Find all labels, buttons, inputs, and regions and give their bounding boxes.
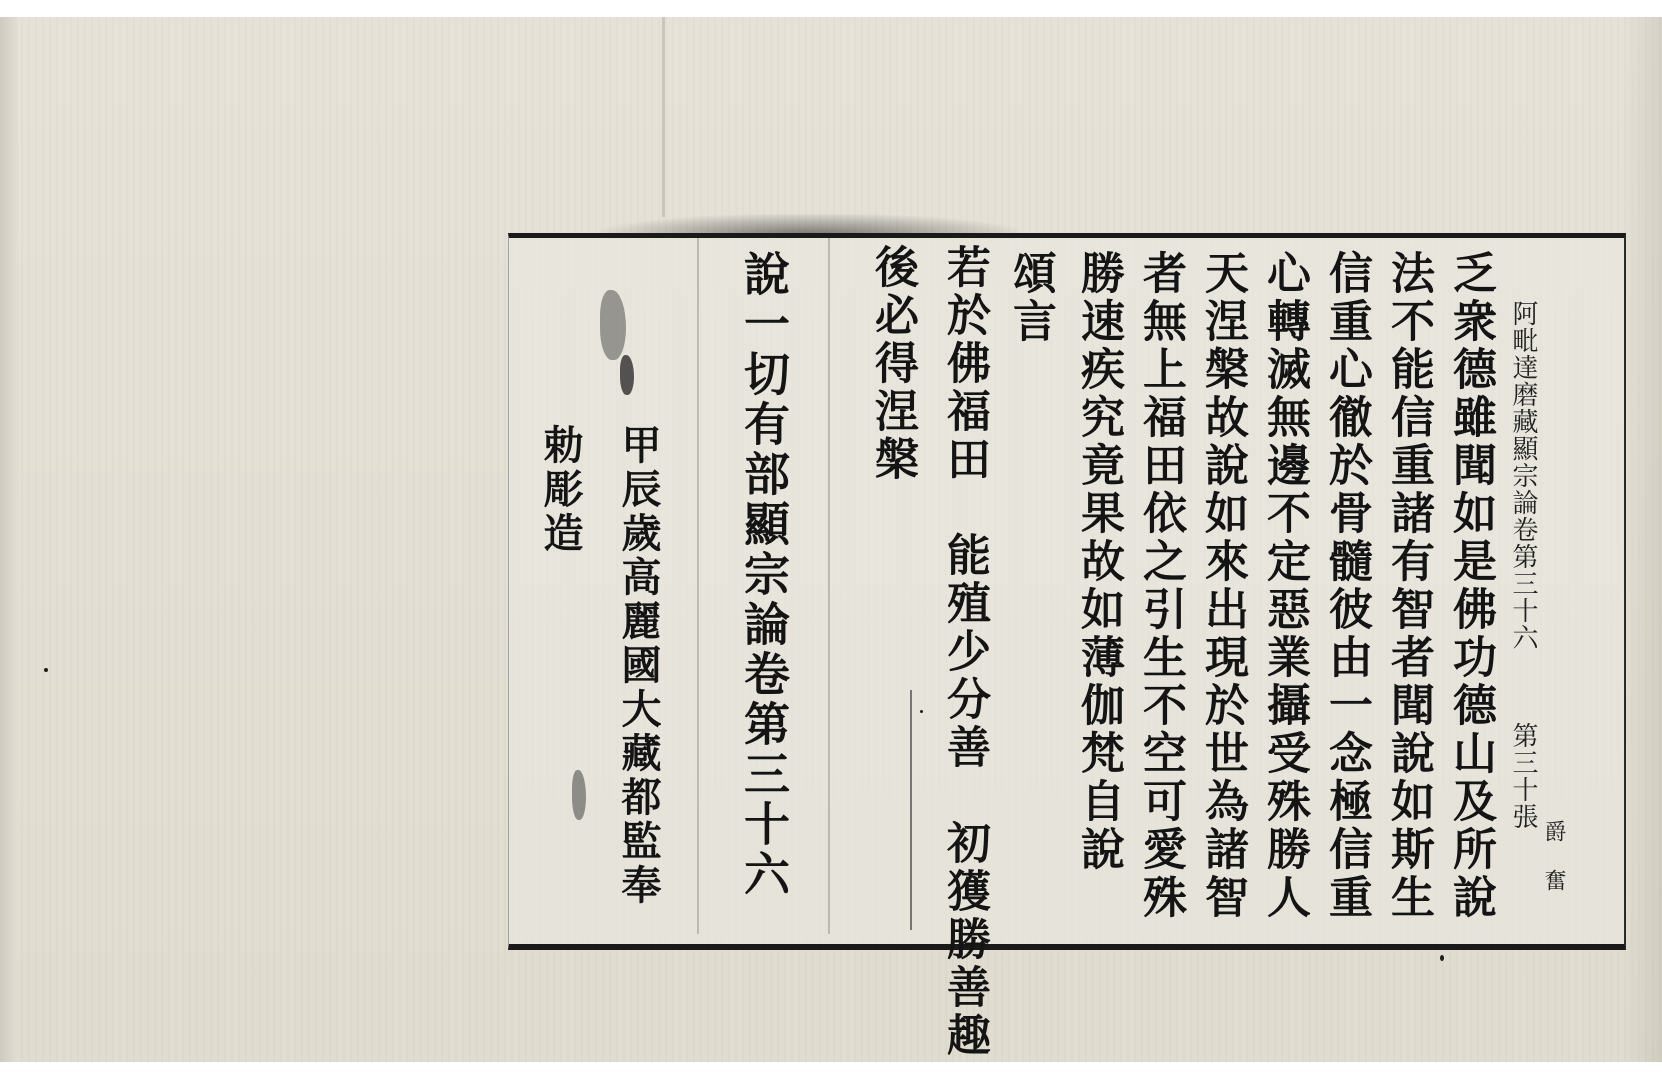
- scan-bottom-border: [0, 1062, 1662, 1080]
- margin-characters-text: 爵 奮: [1541, 820, 1566, 892]
- verse-column: 後必得涅槃: [866, 244, 918, 484]
- margin-sheet-label: 第三十張: [1508, 722, 1538, 830]
- paper-speck: [920, 710, 923, 713]
- text-column: 頌言: [1004, 250, 1056, 346]
- text-column: 信重心徹於骨髓彼由一念極信重: [1320, 250, 1372, 922]
- page-fold-line: [662, 17, 665, 217]
- paper-speck: [44, 668, 48, 672]
- left-page-edge: [0, 17, 18, 1062]
- colophon-text: 甲辰歲高麗國大藏都監奉: [615, 424, 662, 908]
- column-text: 者無上福田依之引生不空可愛殊: [1135, 250, 1186, 922]
- closing-title: 說一切有部顯宗論卷第三十六: [738, 250, 790, 900]
- margin-title-text: 阿毗達磨藏顯宗論卷第三十六: [1508, 300, 1538, 651]
- ink-artifact: [620, 355, 634, 395]
- text-column: 乏衆德雖聞如是佛功德山及所說: [1444, 250, 1496, 922]
- column-rule: [828, 238, 830, 934]
- column-text: 天涅槃故說如來出現於世為諸智: [1197, 250, 1248, 922]
- column-text: 頌言: [1005, 250, 1056, 346]
- margin-characters: 爵 奮: [1538, 820, 1568, 892]
- text-column: 者無上福田依之引生不空可愛殊: [1134, 250, 1186, 922]
- ink-artifact: [572, 770, 586, 820]
- column-rule: [697, 238, 699, 934]
- right-page-edge: [1622, 17, 1662, 1062]
- verse-text: 若於佛福田 能殖少分善 初獲勝善趣: [939, 244, 990, 1060]
- column-rule-ink: [910, 690, 912, 930]
- column-text: 法不能信重諸有智者聞說如斯生: [1383, 250, 1434, 922]
- margin-title: 阿毗達磨藏顯宗論卷第三十六: [1508, 300, 1538, 651]
- verse-text: 後必得涅槃: [867, 244, 918, 484]
- column-text: 乏衆德雖聞如是佛功德山及所說: [1445, 250, 1496, 922]
- text-column: 勝速疾究竟果故如薄伽梵自說: [1072, 250, 1124, 874]
- column-text: 心轉滅無邊不定惡業攝受殊勝人: [1259, 250, 1310, 922]
- verse-column: 若於佛福田 能殖少分善 初獲勝善趣: [938, 244, 990, 1060]
- colophon-line-2: 勅彫造: [534, 424, 586, 556]
- column-text: 勝速疾究竟果故如薄伽梵自說: [1073, 250, 1124, 874]
- closing-title-text: 說一切有部顯宗論卷第三十六: [737, 250, 791, 900]
- text-column: 天涅槃故說如來出現於世為諸智: [1196, 250, 1248, 922]
- sheet-label-text: 第三十張: [1508, 722, 1538, 830]
- colophon-text: 勅彫造: [537, 424, 584, 556]
- paper-speck: [1440, 955, 1444, 961]
- colophon-line-1: 甲辰歲高麗國大藏都監奉: [612, 424, 664, 908]
- column-text: 信重心徹於骨髓彼由一念極信重: [1321, 250, 1372, 922]
- text-column: 法不能信重諸有智者聞說如斯生: [1382, 250, 1434, 922]
- text-column: 心轉滅無邊不定惡業攝受殊勝人: [1258, 250, 1310, 922]
